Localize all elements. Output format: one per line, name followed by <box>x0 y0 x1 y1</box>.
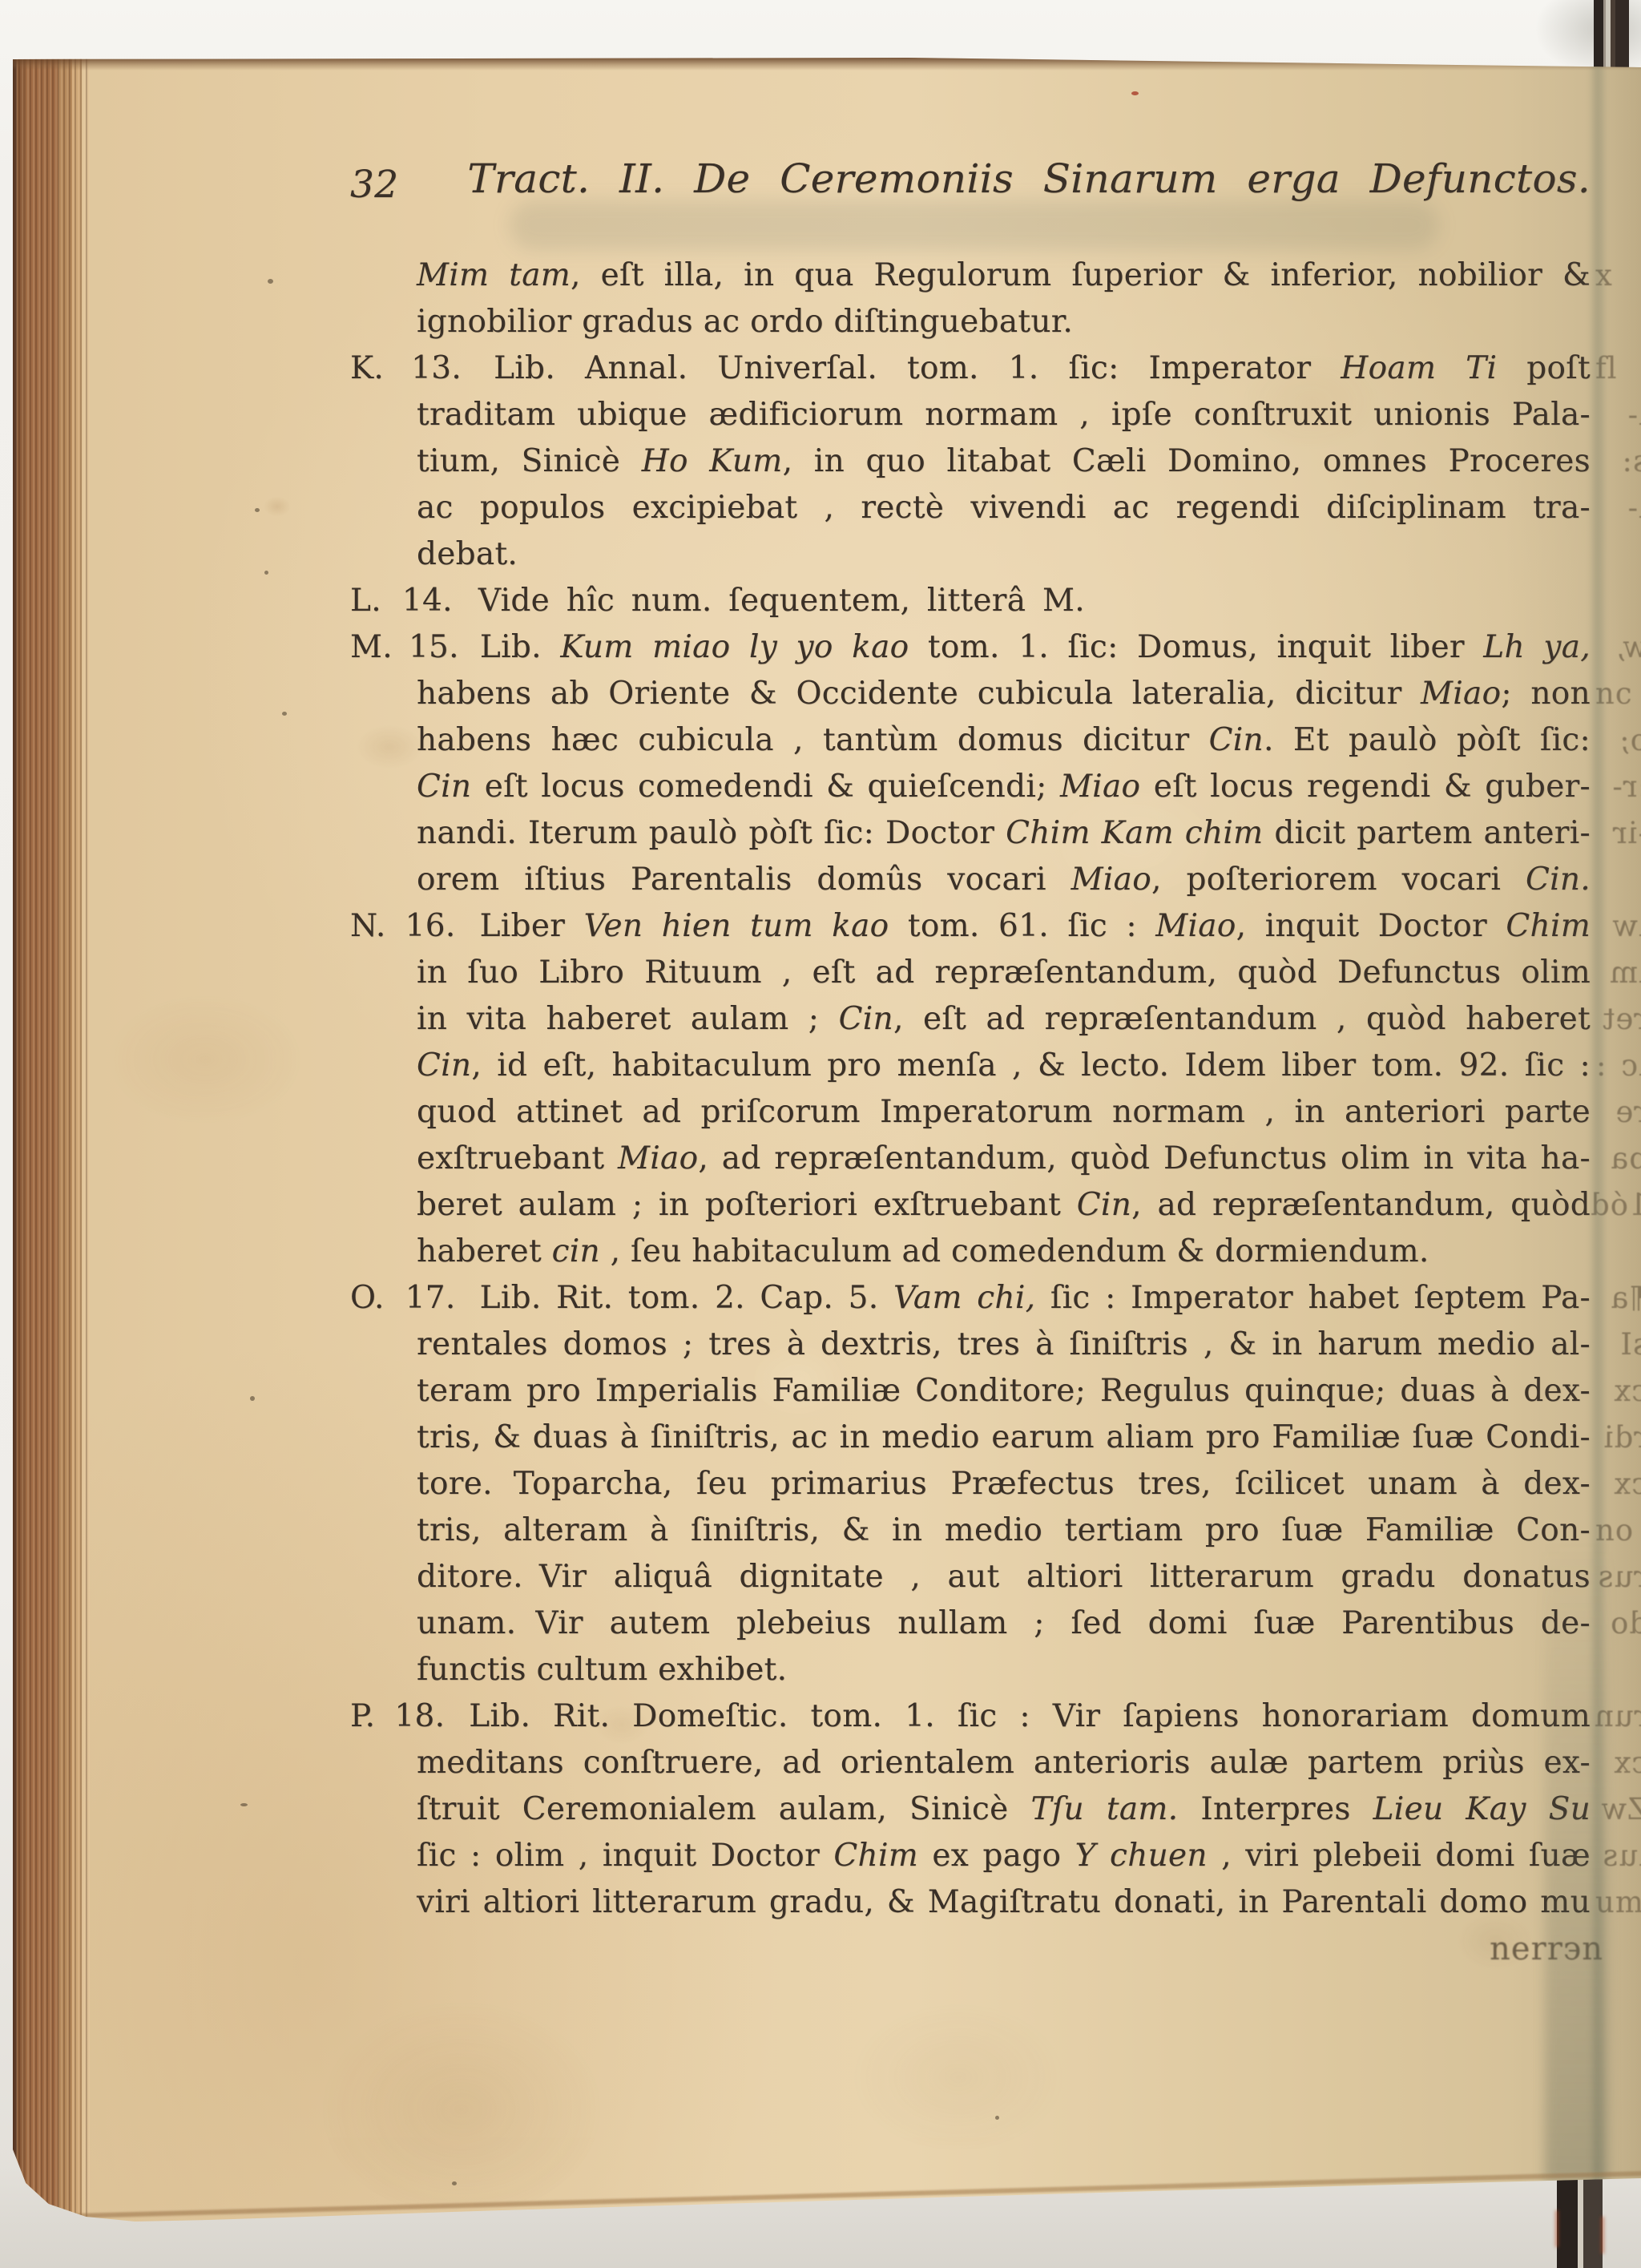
text-line: tium, Sinicè Ho Kum, in quo litabat Cæli… <box>417 438 1591 485</box>
text-line: Mim tam, eſt illa, in qua Regulorum ſupe… <box>417 252 1591 299</box>
speck <box>282 712 287 716</box>
italic-term: cin <box>552 1233 600 1269</box>
page-top-edge <box>13 58 1641 71</box>
text-line: ignobilior gradus ac ordo diſtinguebatur… <box>417 299 1591 345</box>
text-line: haberet cin , ſeu habitaculum ad comeden… <box>417 1229 1591 1275</box>
text-run: , inquit Doctor <box>1236 908 1506 944</box>
text-run: orem iſtius Parentalis domûs vocari <box>417 862 1071 898</box>
text-run: O. <box>350 1280 385 1316</box>
book-stand-rod-bottom <box>1557 2172 1603 2268</box>
text-line-labeled: O.17.Lib. Rit. tom. 2. Cap. 5. Vam chi, … <box>350 1275 1591 1322</box>
catchword-bleed-line: nerrэn <box>417 1926 1591 1972</box>
book-page: 32 Tract. II. De Ceremoniis Sinarum erga… <box>13 58 1641 2223</box>
text-run: ex pago <box>918 1838 1075 1874</box>
italic-term: Tſu tam. <box>1030 1791 1178 1827</box>
text-run: Toparcha, ſeu primarius Præfectus tres, … <box>514 1466 1591 1502</box>
italic-term: Miao <box>618 1140 698 1176</box>
italic-term: Mim tam <box>417 257 571 293</box>
text-line: tris, & duas à ſiniſtris, ac in medio ea… <box>417 1414 1591 1461</box>
italic-term: Chim Kam chim <box>1006 815 1263 851</box>
text-line: beret aulam ; in poſteriori exſtruebant … <box>417 1182 1591 1229</box>
italic-term: Cin <box>417 769 471 805</box>
text-line: exſtruebant Miao, ad repræſentandum, quò… <box>417 1136 1591 1182</box>
text-block: 32 Tract. II. De Ceremoniis Sinarum erga… <box>417 156 1591 1972</box>
text-line: Cin, id eſt, habitaculum pro menſa , & l… <box>417 1043 1591 1089</box>
rod-glint <box>1601 2217 1604 2254</box>
text-line: in vita haberet aulam ; Cin, eſt ad repr… <box>417 996 1591 1043</box>
text-line: meditans conſtruere, ad orientalem anter… <box>417 1740 1591 1786</box>
text-line: functis cultum exhibet. <box>417 1647 1591 1693</box>
italic-term: Miao <box>1421 676 1501 712</box>
text-run: K. <box>350 350 384 386</box>
text-run: rentales domos ; tres à dextris, tres à … <box>417 1326 1591 1362</box>
text-run: Interpres <box>1178 1791 1373 1827</box>
text-run: 18. <box>394 1698 445 1734</box>
text-line: ſic : olim , inquit Doctor Chim ex pago … <box>417 1833 1591 1879</box>
text-run: Lib. Annal. Univerſal. tom. 1. ſic: Impe… <box>494 350 1341 386</box>
speck <box>452 2181 457 2185</box>
text-run: Vide hîc num. ſequentem, litterâ M. <box>478 583 1085 619</box>
italic-term: Kum miao ly yo kao <box>560 629 909 665</box>
text-run: nandi. Iterum paulò pòſt ſic: Doctor <box>417 815 1006 851</box>
text-run: 15. <box>409 629 459 665</box>
text-run: in ſuo Libro Rituum , eſt ad repræſentan… <box>417 954 1591 991</box>
text-run: 14. <box>402 583 453 619</box>
text-run: Lib. Rit. Domeſtic. tom. 1. ſic : Vir ſa… <box>469 1698 1591 1734</box>
text-run: in vita haberet aulam ; <box>417 1001 839 1037</box>
text-run: , poſteriorem vocari <box>1151 862 1526 898</box>
text-run: 17. <box>405 1280 456 1316</box>
text-line: habens hæc cubicula , tantùm domus dicit… <box>417 717 1591 764</box>
text-run: ignobilior gradus ac ordo diſtinguebatur… <box>417 304 1073 340</box>
text-line-labeled: M.15.Lib. Kum miao ly yo kao tom. 1. ſic… <box>350 624 1591 671</box>
text-line: tore.Toparcha, ſeu primarius Præfectus t… <box>417 1461 1591 1507</box>
text-run: ſic : olim , inquit Doctor <box>417 1838 833 1874</box>
text-run: haberet <box>417 1233 552 1269</box>
rod-glint <box>1555 2210 1558 2247</box>
text-line: orem iſtius Parentalis domûs vocari Miao… <box>417 857 1591 903</box>
text-run: beret aulam ; in poſteriori exſtruebant <box>417 1187 1077 1223</box>
text-run: , id eſt, habitaculum pro menſa , & lect… <box>471 1047 1591 1084</box>
italic-term: Miao <box>1155 908 1236 944</box>
text-run: traditam ubique ædificiorum normam , ipſ… <box>417 397 1591 433</box>
text-run: habens ab Oriente & Occidente cubicula l… <box>417 676 1421 712</box>
text-run: meditans conſtruere, ad orientalem anter… <box>417 1745 1591 1781</box>
text-run: , in quo litabat Cæli Domino, omnes Proc… <box>783 443 1591 479</box>
italic-term: Y chuen <box>1075 1838 1208 1874</box>
text-run: teram pro Imperialis Familiæ Conditore; … <box>417 1373 1591 1409</box>
italic-term: Miao <box>1060 769 1140 805</box>
italic-term: Cin <box>839 1001 893 1037</box>
text-run: , eſt illa, in qua Regulorum ſuperior & … <box>571 257 1591 293</box>
text-run: debat. <box>417 536 518 572</box>
text-line: viri altiori litterarum gradu, & Magiſtr… <box>417 1879 1591 1926</box>
text-run: Liber <box>480 908 584 944</box>
text-run: exſtruebant <box>417 1140 618 1176</box>
book-stand-rod-top <box>1594 0 1629 71</box>
italic-term: Hoam Ti <box>1341 350 1497 386</box>
text-line: ſtruit Ceremonialem aulam, Sinicè Tſu ta… <box>417 1786 1591 1833</box>
text-run: functis cultum exhibet. <box>417 1652 787 1688</box>
text-line: teram pro Imperialis Familiæ Conditore; … <box>417 1368 1591 1414</box>
text-line: rentales domos ; tres à dextris, tres à … <box>417 1322 1591 1368</box>
italic-term: Cin <box>1209 722 1264 758</box>
speck <box>268 279 273 284</box>
text-run: P. <box>350 1698 375 1734</box>
red-speck <box>1131 91 1139 95</box>
body-text: Mim tam, eſt illa, in qua Regulorum ſupe… <box>417 252 1591 1972</box>
text-run: tium, Sinicè <box>417 443 642 479</box>
text-line: tris, alteram à ſiniſtris, & in medio te… <box>417 1507 1591 1554</box>
italic-term: Vam chi, <box>893 1280 1035 1316</box>
text-run: , ſeu habitaculum ad comedendum & dormie… <box>600 1233 1429 1269</box>
text-run: , eſt ad repræſentandum , quòd haberet <box>893 1001 1591 1037</box>
text-run: tris, alteram à ſiniſtris, & in medio te… <box>417 1512 1591 1548</box>
text-run: Vir autem plebeius nullam ; ſed domi ſuæ… <box>535 1605 1591 1641</box>
text-line: Cin eſt locus comedendi & quieſcendi; Mi… <box>417 764 1591 810</box>
text-run: eſt locus comedendi & quieſcendi; <box>471 769 1060 805</box>
text-run: , ad repræſentandum, quòd Defunctus olim… <box>698 1140 1591 1176</box>
text-run: tom. 1. ſic: Domus, inquit liber <box>909 629 1483 665</box>
text-line: habens ab Oriente & Occidente cubicula l… <box>417 671 1591 717</box>
speck <box>264 571 268 575</box>
text-line: ditore.Vir aliquâ dignitate , aut altior… <box>417 1554 1591 1600</box>
text-run: tore. <box>417 1466 493 1502</box>
text-line-labeled: K.13.Lib. Annal. Univerſal. tom. 1. ſic:… <box>350 345 1591 392</box>
text-run: ditore. <box>417 1559 523 1595</box>
speck <box>250 1396 255 1401</box>
running-header-title: Tract. II. De Ceremoniis Sinarum erga De… <box>467 156 1591 203</box>
text-run: habens hæc cubicula , tantùm domus dicit… <box>417 722 1209 758</box>
text-run: quod attinet ad priſcorum Imperatorum no… <box>417 1094 1591 1130</box>
page-block-fore-edge <box>13 58 90 2223</box>
text-run: N. <box>350 908 386 944</box>
italic-term: Cin <box>1077 1187 1131 1223</box>
speck <box>255 508 260 512</box>
page-number: 32 <box>350 156 398 207</box>
text-run: Lib. Rit. tom. 2. Cap. 5. <box>480 1280 893 1316</box>
text-line-labeled: N.16.Liber Ven hien tum kao tom. 61. ſic… <box>350 903 1591 950</box>
text-line-labeled: L.14.Vide hîc num. ſequentem, litterâ M. <box>350 578 1591 624</box>
text-run: 13. <box>411 350 462 386</box>
italic-term: Ven hien tum kao <box>584 908 889 944</box>
text-line: nandi. Iterum paulò pòſt ſic: Doctor Chi… <box>417 810 1591 857</box>
text-line: in ſuo Libro Rituum , eſt ad repræſentan… <box>417 950 1591 996</box>
italic-term: Miao <box>1071 862 1151 898</box>
page-header: 32 Tract. II. De Ceremoniis Sinarum erga… <box>350 156 1591 252</box>
text-line: ac populos excipiebat , rectè vivendi ac… <box>417 485 1591 531</box>
italic-term: Cin <box>417 1047 471 1084</box>
text-run: unam. <box>417 1605 516 1641</box>
text-run: ſtruit Ceremonialem aulam, Sinicè <box>417 1791 1030 1827</box>
text-line: quod attinet ad priſcorum Imperatorum no… <box>417 1089 1591 1136</box>
text-run: Lib. <box>480 629 560 665</box>
text-line: traditam ubique ædificiorum normam , ipſ… <box>417 392 1591 438</box>
speck <box>240 1803 248 1806</box>
italic-term: Chim <box>833 1838 918 1874</box>
scanned-book-photo: 32 Tract. II. De Ceremoniis Sinarum erga… <box>0 0 1641 2268</box>
text-run: L. <box>350 583 381 619</box>
text-run: Vir aliquâ dignitate , aut altiori litte… <box>539 1559 1591 1595</box>
text-run: tom. 61. ſic : <box>889 908 1155 944</box>
text-line-labeled: P.18.Lib. Rit. Domeſtic. tom. 1. ſic : V… <box>350 1693 1591 1740</box>
italic-term: Ho Kum <box>642 443 783 479</box>
text-run: viri altiori litterarum gradu, & Magiſtr… <box>417 1884 1591 1920</box>
text-line: unam.Vir autem plebeius nullam ; ſed dom… <box>417 1600 1591 1647</box>
text-run: tris, & duas à ſiniſtris, ac in medio ea… <box>417 1419 1591 1455</box>
text-run: M. <box>350 629 393 665</box>
text-run: 16. <box>405 908 456 944</box>
text-line: debat. <box>417 531 1591 578</box>
bottom-crease-shadow <box>1545 1540 1609 2181</box>
text-run: ac populos excipiebat , rectè vivendi ac… <box>417 490 1591 526</box>
speck <box>995 2116 999 2120</box>
